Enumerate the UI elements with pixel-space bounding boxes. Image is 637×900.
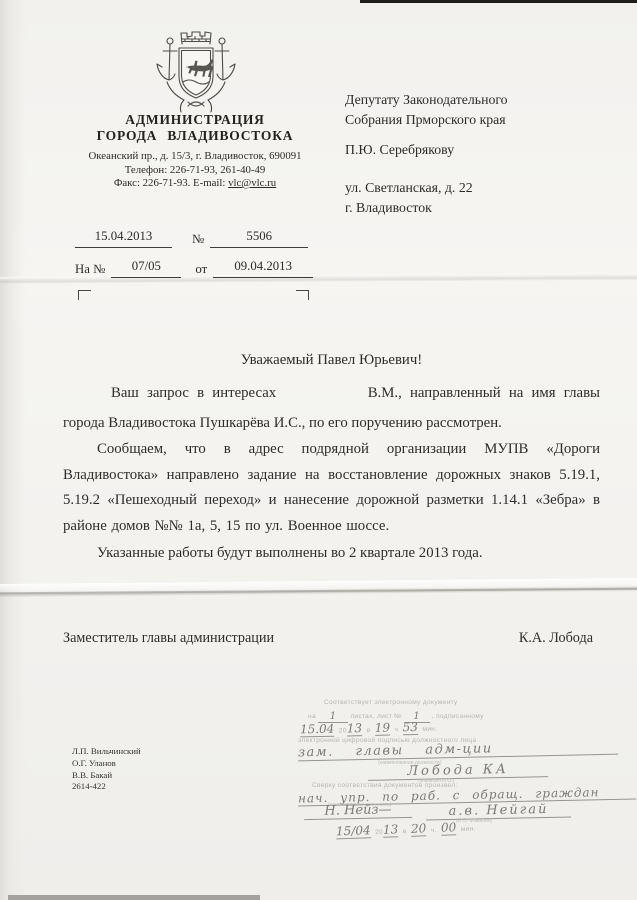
letterhead-org-name: АДМИНИСТРАЦИЯ ГОРОДА ВЛАДИВОСТОКА [60, 112, 330, 144]
incoming-reference-row: На № 07/05 от 09.04.2013 [75, 260, 325, 278]
hw-year2: 13 [383, 822, 399, 838]
stamp-sheets-pre: на [308, 713, 316, 720]
letterhead-fax-email: Факс: 226-71-93. E-mail: vlc@vlc.ru [60, 177, 330, 191]
stamp-h2-print: ч. [431, 827, 437, 834]
hw-hour2: 20 [411, 821, 427, 837]
vladivostok-coat-of-arms-icon [154, 28, 238, 125]
executors-block: Л.П. Вильчинский О.Г. Уланов В.В. Бакай … [72, 746, 141, 793]
salutation: Уважаемый Павел Юрьевич! [63, 352, 600, 369]
stamp-v-print: в [366, 727, 370, 734]
hw-date2: 15/04 [336, 823, 371, 839]
on-number-label: На № [75, 262, 111, 278]
number-sign: № [172, 232, 210, 248]
recipient-block: Депутату Законодательного Собрания Прмор… [345, 90, 615, 218]
paragraph1-line1: Ваш запрос в интересах В.М., направленны… [63, 385, 600, 402]
signer-name: К.А. Лобода [519, 630, 593, 647]
outgoing-date: 15.04.2013 [75, 229, 172, 248]
paragraph1-tail: В.М., направленный на имя главы [368, 385, 600, 402]
redacted-name-gap [276, 385, 367, 402]
incoming-number: 07/05 [111, 259, 181, 278]
scanned-letter-page: АДМИНИСТРАЦИЯ ГОРОДА ВЛАДИВОСТОКА Океанс… [0, 0, 637, 900]
executor-2: О.Г. Уланов [72, 758, 141, 770]
esign-verification-stamp: Соответствует электронному документу на … [298, 697, 637, 837]
stamp-sheets-post: , подписанному [432, 713, 484, 720]
recipient-street: ул. Светланская, д. 22 [345, 178, 615, 198]
stamp-h-print: ч [394, 726, 398, 733]
stamp-date-line1: 15.04 2013 в 19 ч 53 мин. [300, 718, 438, 739]
stamp-min2-print: мин. [461, 826, 476, 834]
stamp-date-line2: 15/04 2013 в 20 ч. 00 мин. [336, 818, 476, 841]
scan-edge-top [360, 0, 637, 3]
executor-phone: 2614-422 [72, 781, 141, 793]
stamp-v2-print: в [403, 828, 407, 835]
signature-row: Заместитель главы администрации К.А. Лоб… [63, 630, 593, 647]
executor-1: Л.П. Вильчинский [72, 746, 141, 758]
letterhead-fax: Факс: 226-71-93. E-mail: [114, 177, 228, 189]
signer-position: Заместитель главы администрации [63, 630, 274, 647]
paragraph2: Сообщаем, что в адрес подрядной организа… [63, 437, 600, 539]
recipient-dept-line1: Депутату Законодательного [345, 90, 615, 110]
hw-min2: 00 [441, 820, 457, 836]
hw-year1: 13 [347, 721, 363, 736]
stamp-certify-line: Соответствует электронному документу [324, 699, 457, 706]
org-name-line2: ГОРОДА ВЛАДИВОСТОКА [60, 128, 330, 144]
paragraph1-lead: Ваш запрос в интересах [111, 385, 276, 402]
letterhead-contacts: Океанский пр., д. 15/3, г. Владивосток, … [60, 150, 330, 191]
stamp-year2-print: 20 [375, 829, 383, 836]
letterhead-email: vlc@vlc.ru [228, 177, 276, 189]
paragraph3: Указанные работы будут выполнены во 2 кв… [63, 541, 600, 567]
paragraph1-line2: города Владивостока Пушкарёва И.С., по е… [63, 411, 600, 437]
executor-3: В.В. Бакай [72, 770, 141, 782]
outgoing-number: 5506 [210, 229, 308, 248]
outgoing-reference-row: 15.04.2013 № 5506 [75, 230, 325, 248]
scan-edge-bottom [8, 895, 260, 900]
stamp-min-print: мин. [422, 726, 437, 733]
hw-checker-signature: Н. Нейз— [304, 802, 412, 820]
recipient-name: П.Ю. Серебрякову [345, 140, 615, 160]
from-label: от [181, 262, 213, 278]
hw-signer-name: Лобода КА [368, 761, 548, 781]
incoming-date: 09.04.2013 [213, 259, 313, 278]
address-corner-mark-right [296, 290, 309, 300]
letterhead-phone: Телефон: 226-71-93, 261-40-49 [60, 164, 330, 178]
fold-crease-lower [0, 578, 637, 598]
hw-min1: 53 [403, 720, 419, 735]
recipient-dept-line2: Собрания Прморского края [345, 110, 615, 130]
recipient-city: г. Владивосток [345, 198, 615, 218]
letterhead-address: Океанский пр., д. 15/3, г. Владивосток, … [60, 150, 330, 164]
address-corner-mark-left [78, 290, 91, 300]
stamp-year-print: 20 [339, 727, 347, 734]
hw-hour1: 19 [375, 721, 391, 736]
hw-date1: 15.04 [300, 722, 335, 738]
org-name-line1: АДМИНИСТРАЦИЯ [60, 112, 330, 128]
